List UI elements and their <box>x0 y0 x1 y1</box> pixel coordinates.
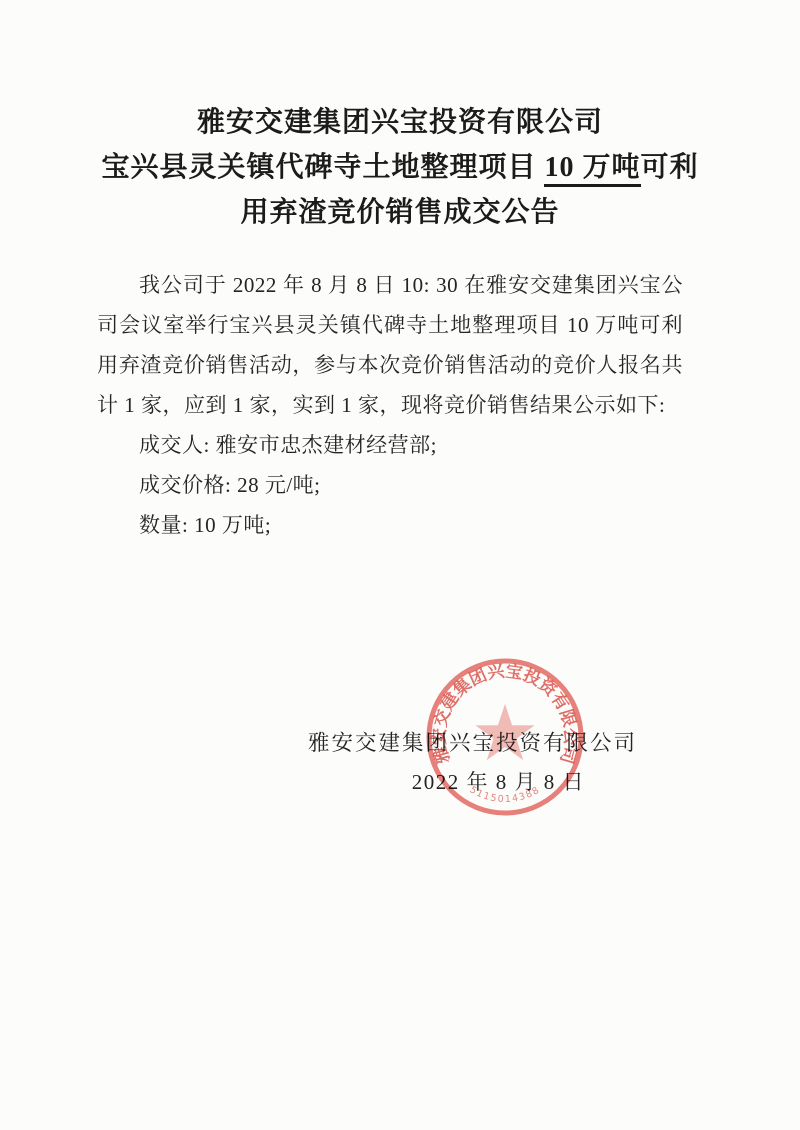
title-line-2-text: 宝兴县灵关镇代碑寺土地整理项目 <box>101 152 544 183</box>
document-page: 雅安交建集团兴宝投资有限公司 宝兴县灵关镇代碑寺土地整理项目 10 万吨可利 用… <box>0 0 800 1130</box>
result-line-quantity: 数量: 10 万吨; <box>97 505 683 545</box>
result-line-winner: 成交人: 雅安市忠杰建材经营部; <box>97 425 683 465</box>
title-line-2: 宝兴县灵关镇代碑寺土地整理项目 10 万吨可利 <box>60 145 740 190</box>
result-line-price: 成交价格: 28 元/吨; <box>97 465 683 505</box>
document-body: 我公司于 2022 年 8 月 8 日 10: 30 在雅安交建集团兴宝公司会议… <box>97 265 683 545</box>
title-line-1: 雅安交建集团兴宝投资有限公司 <box>60 100 740 145</box>
company-seal-stamp: 雅安交建集团兴宝投资有限公司 5115014388 <box>423 655 587 819</box>
title-line-3: 用弃渣竞价销售成交公告 <box>60 190 740 235</box>
svg-text:5115014388: 5115014388 <box>468 784 543 805</box>
seal-registration-code: 5115014388 <box>468 784 543 805</box>
document-title: 雅安交建集团兴宝投资有限公司 宝兴县灵关镇代碑寺土地整理项目 10 万吨可利 用… <box>60 100 740 235</box>
title-line-2-suffix: 可利 <box>641 152 699 183</box>
title-underlined-quantity: 10 万吨 <box>544 152 640 187</box>
announcement-paragraph: 我公司于 2022 年 8 月 8 日 10: 30 在雅安交建集团兴宝公司会议… <box>97 265 683 425</box>
seal-star-icon <box>476 704 535 760</box>
